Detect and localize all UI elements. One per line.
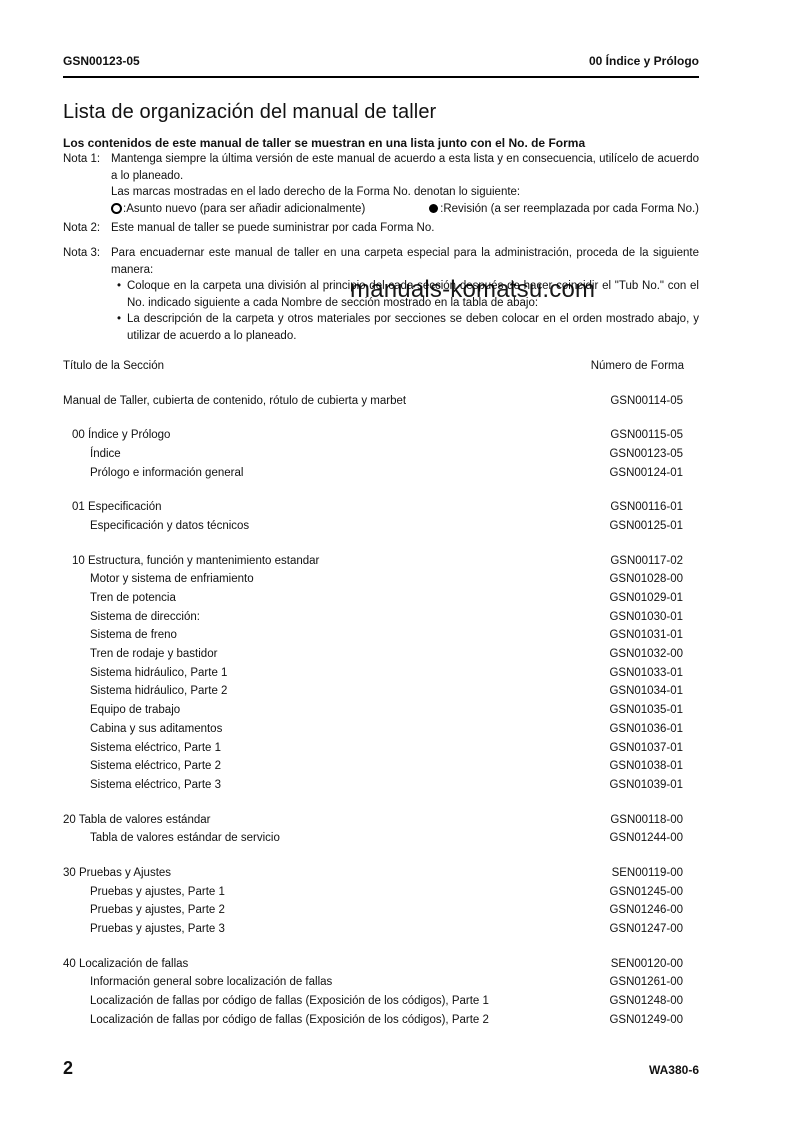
table-row: Sistema hidráulico, Parte 2GSN01034-01	[63, 685, 683, 701]
note-text: Mantenga siempre la última versión de es…	[111, 151, 699, 184]
section-title: Localización de fallas por código de fal…	[90, 995, 489, 1007]
form-number: GSN01033-01	[609, 667, 683, 679]
form-number: GSN00124-01	[609, 467, 683, 479]
section-title: 30 Pruebas y Ajustes	[63, 867, 171, 879]
table-row: Pruebas y ajustes, Parte 1GSN01245-00	[63, 886, 683, 902]
form-number: GSN01039-01	[609, 779, 683, 791]
section-title: Tren de potencia	[90, 592, 176, 604]
form-number: GSN01031-01	[609, 629, 683, 641]
table-row: Localización de fallas por código de fal…	[63, 995, 683, 1011]
form-number: GSN01037-01	[609, 742, 683, 754]
table-row: 10 Estructura, función y mantenimiento e…	[63, 555, 683, 571]
marks-intro: Las marcas mostradas en el lado derecho …	[111, 184, 699, 201]
form-number: GSN01246-00	[609, 904, 683, 916]
form-number: GSN01261-00	[609, 976, 683, 988]
form-number: GSN01032-00	[609, 648, 683, 660]
note-label: Nota 3:	[63, 245, 100, 262]
page-header: GSN00123-05 00 Índice y Prólogo	[63, 54, 699, 72]
section-title: Pruebas y ajustes, Parte 3	[90, 923, 225, 935]
form-number: GSN00115-05	[610, 429, 683, 441]
table-row: Sistema hidráulico, Parte 1GSN01033-01	[63, 667, 683, 683]
note-label: Nota 1:	[63, 151, 100, 168]
table-row: 00 Índice y PrólogoGSN00115-05	[63, 429, 683, 445]
doc-code: GSN00123-05	[63, 54, 140, 68]
table-row: ÍndiceGSN00123-05	[63, 448, 683, 464]
form-number: GSN00117-02	[610, 555, 683, 567]
table-row: 30 Pruebas y AjustesSEN00119-00	[63, 867, 683, 883]
section-title: Pruebas y ajustes, Parte 2	[90, 904, 225, 916]
intro-text: Los contenidos de este manual de taller …	[63, 136, 585, 150]
form-number: GSN00114-05	[610, 395, 683, 407]
filled-circle-icon	[429, 204, 438, 213]
open-circle-icon	[111, 203, 122, 214]
form-number: GSN01249-00	[609, 1014, 683, 1026]
table-row: Sistema eléctrico, Parte 2GSN01038-01	[63, 760, 683, 776]
note-text: Para encuadernar este manual de taller e…	[111, 245, 699, 278]
header-rule	[63, 76, 699, 78]
form-number: GSN01030-01	[609, 611, 683, 623]
form-number: SEN00119-00	[612, 867, 683, 879]
note-text: Este manual de taller se puede suministr…	[111, 220, 699, 237]
table-row: Sistema eléctrico, Parte 3GSN01039-01	[63, 779, 683, 795]
section-title: Cabina y sus aditamentos	[90, 723, 222, 735]
table-row: Prólogo e información generalGSN00124-01	[63, 467, 683, 483]
table-row: Sistema de dirección:GSN01030-01	[63, 611, 683, 627]
section-title: Sistema hidráulico, Parte 2	[90, 685, 227, 697]
section-title: Sistema eléctrico, Parte 2	[90, 760, 221, 772]
form-number: GSN00125-01	[609, 520, 683, 532]
model-code: WA380-6	[649, 1063, 699, 1077]
table-row: Especificación y datos técnicosGSN00125-…	[63, 520, 683, 536]
section-title: Sistema eléctrico, Parte 3	[90, 779, 221, 791]
section-title: Sistema de dirección:	[90, 611, 200, 623]
table-row: Pruebas y ajustes, Parte 2GSN01246-00	[63, 904, 683, 920]
section-title: Sistema eléctrico, Parte 1	[90, 742, 221, 754]
marks-legend: :Asunto nuevo (para ser añadir adicional…	[111, 201, 699, 218]
section-title: Prólogo e información general	[90, 467, 243, 479]
table-row: Motor y sistema de enfriamientoGSN01028-…	[63, 573, 683, 589]
note-2: Nota 2: Este manual de taller se puede s…	[63, 220, 699, 237]
table-row: Sistema de frenoGSN01031-01	[63, 629, 683, 645]
form-number: GSN01034-01	[609, 685, 683, 697]
table-row: Manual de Taller, cubierta de contenido,…	[63, 395, 683, 411]
form-number: SEN00120-00	[611, 958, 683, 970]
section-title: Especificación y datos técnicos	[90, 520, 249, 532]
table-row: Equipo de trabajoGSN01035-01	[63, 704, 683, 720]
page-title: Lista de organización del manual de tall…	[63, 101, 436, 124]
section-title: Información general sobre localización d…	[90, 976, 332, 988]
form-number: GSN01036-01	[609, 723, 683, 735]
section-title: Manual de Taller, cubierta de contenido,…	[63, 395, 406, 407]
section-name: 00 Índice y Prólogo	[589, 54, 699, 68]
table-row: 40 Localización de fallasSEN00120-00	[63, 958, 683, 974]
form-number: GSN01248-00	[609, 995, 683, 1007]
watermark: manuals-komatsu.com	[350, 276, 595, 304]
form-number: GSN01035-01	[609, 704, 683, 716]
note-bullet: La descripción de la carpeta y otros mat…	[117, 311, 699, 344]
mark-new-label: :Asunto nuevo (para ser añadir adicional…	[123, 201, 365, 218]
table-row: Cabina y sus aditamentosGSN01036-01	[63, 723, 683, 739]
form-number: GSN00118-00	[610, 814, 683, 826]
table-row: Información general sobre localización d…	[63, 976, 683, 992]
table-row: Tren de potenciaGSN01029-01	[63, 592, 683, 608]
section-title: Tabla de valores estándar de servicio	[90, 832, 280, 844]
section-title: Tren de rodaje y bastidor	[90, 648, 217, 660]
section-title: Índice	[90, 448, 121, 460]
section-title: 20 Tabla de valores estándar	[63, 814, 210, 826]
form-number: GSN00123-05	[609, 448, 683, 460]
table-row: 01 EspecificaciónGSN00116-01	[63, 501, 683, 517]
table-row: Tren de rodaje y bastidorGSN01032-00	[63, 648, 683, 664]
form-number: GSN01029-01	[609, 592, 683, 604]
section-title: Pruebas y ajustes, Parte 1	[90, 886, 225, 898]
section-title: Equipo de trabajo	[90, 704, 180, 716]
form-number: GSN00116-01	[610, 501, 683, 513]
note-label: Nota 2:	[63, 220, 100, 237]
form-number: GSN01245-00	[609, 886, 683, 898]
section-title: 00 Índice y Prólogo	[72, 429, 170, 441]
section-title: 01 Especificación	[72, 501, 162, 513]
form-number: GSN01038-01	[609, 760, 683, 772]
table-row: Pruebas y ajustes, Parte 3GSN01247-00	[63, 923, 683, 939]
section-title: Motor y sistema de enfriamiento	[90, 573, 254, 585]
table-row: Localización de fallas por código de fal…	[63, 1014, 683, 1030]
note-1: Nota 1: Mantenga siempre la última versi…	[63, 151, 699, 217]
section-title: Sistema de freno	[90, 629, 177, 641]
col-form-header: Número de Forma	[591, 360, 684, 372]
section-title: Localización de fallas por código de fal…	[90, 1014, 489, 1026]
form-number: GSN01247-00	[609, 923, 683, 935]
col-title-header: Título de la Sección	[63, 360, 164, 372]
table-row: Sistema eléctrico, Parte 1GSN01037-01	[63, 742, 683, 758]
table-header: Título de la Sección Número de Forma	[63, 360, 683, 376]
section-title: 40 Localización de fallas	[63, 958, 188, 970]
table-row: Tabla de valores estándar de servicioGSN…	[63, 832, 683, 848]
section-title: 10 Estructura, función y mantenimiento e…	[72, 555, 319, 567]
form-number: GSN01244-00	[609, 832, 683, 844]
table-row: 20 Tabla de valores estándarGSN00118-00	[63, 814, 683, 830]
mark-revision-label: :Revisión (a ser reemplazada por cada Fo…	[440, 201, 699, 218]
page-number: 2	[63, 1058, 73, 1079]
section-title: Sistema hidráulico, Parte 1	[90, 667, 227, 679]
form-number: GSN01028-00	[609, 573, 683, 585]
